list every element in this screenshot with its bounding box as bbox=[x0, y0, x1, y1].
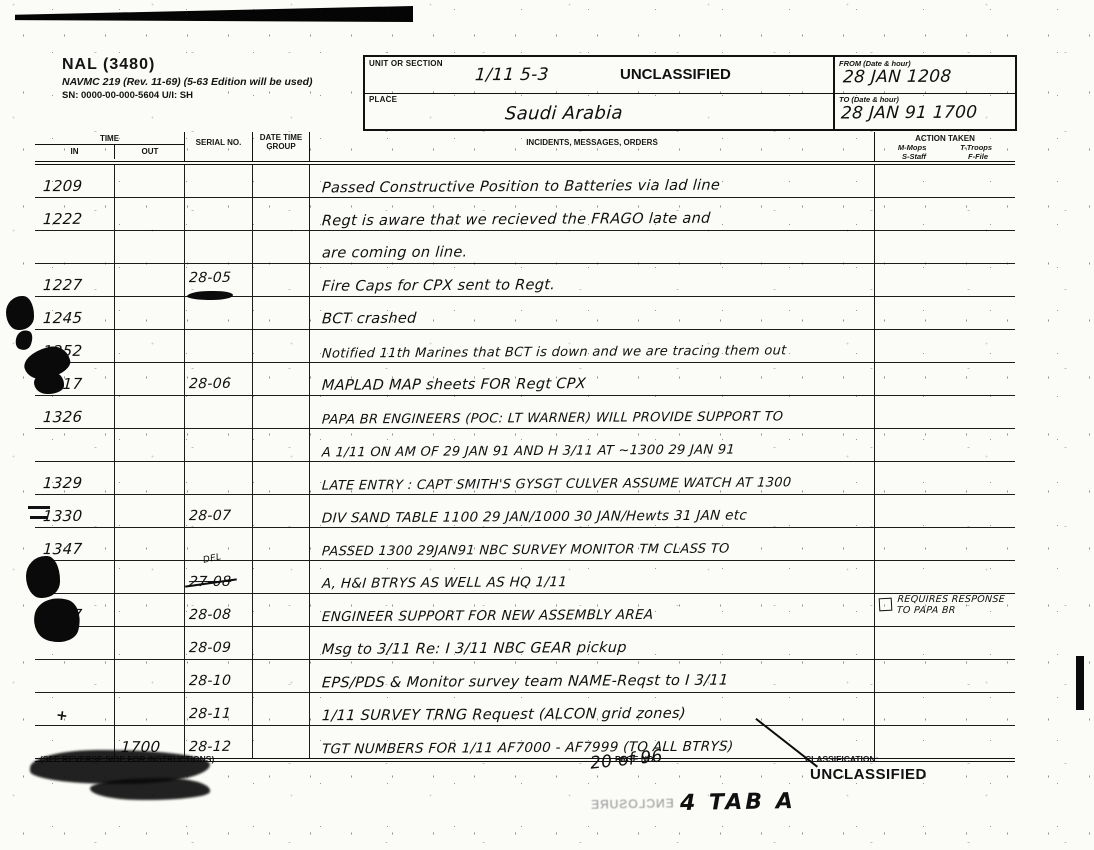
scan-smudge bbox=[90, 778, 210, 800]
action-checkbox[interactable] bbox=[879, 598, 893, 612]
incident-entry: 1/11 SURVEY TRNG Request (ALCON grid zon… bbox=[321, 706, 686, 725]
form-stock-number: SN: 0000-00-000-5604 U/I: SH bbox=[62, 90, 313, 101]
from-value: 28 JAN 1208 bbox=[842, 67, 952, 88]
time-in-entry: 1245 bbox=[42, 309, 83, 327]
incident-entry: are coming on line. bbox=[321, 244, 468, 261]
margin-dash bbox=[30, 516, 48, 519]
incident-entry: Fire Caps for CPX sent to Regt. bbox=[321, 277, 555, 295]
journal-row: 28-11 1/11 SURVEY TRNG Request (ALCON gr… bbox=[35, 693, 1015, 726]
incident-entry: ENGINEER SUPPORT FOR NEW ASSEMBLY AREA bbox=[321, 607, 654, 625]
journal-row: 28-10 EPS/PDS & Monitor survey team NAME… bbox=[35, 660, 1015, 693]
classification-stamp: UNCLASSIFIED bbox=[620, 66, 731, 83]
incident-entry: TGT NUMBERS FOR 1/11 AF7000 - AF7999 (TO… bbox=[321, 739, 734, 758]
col-header-serial: SERIAL NO. bbox=[185, 132, 253, 161]
header-box: UNIT OR SECTION 1/11 5-3 UNCLASSIFIED PL… bbox=[363, 55, 1017, 131]
action-key-file: F-File bbox=[968, 152, 988, 161]
journal-row: 1227 28-05 Fire Caps for CPX sent to Reg… bbox=[35, 264, 1015, 297]
place-value: Saudi Arabia bbox=[504, 103, 623, 125]
action-key-mops: M-Mops bbox=[898, 143, 926, 152]
col-header-time: TIME IN OUT bbox=[35, 132, 185, 161]
scan-edge-mark bbox=[1076, 656, 1084, 710]
journal-row: A 1/11 ON AM OF 29 JAN 91 AND H 3/11 AT … bbox=[35, 429, 1015, 462]
scan-edge-bar bbox=[15, 6, 413, 22]
journal-row: 28-09 Msg to 3/11 Re: I 3/11 NBC GEAR pi… bbox=[35, 627, 1015, 660]
action-taken-label: ACTION TAKEN bbox=[875, 132, 1015, 143]
incident-entry: Passed Constructive Position to Batterie… bbox=[321, 178, 720, 197]
journal-row: 1326 PAPA BR ENGINEERS (POC: LT WARNER) … bbox=[35, 396, 1015, 429]
incident-entry: DIV SAND TABLE 1100 29 JAN/1000 30 JAN/H… bbox=[321, 508, 747, 527]
col-header-action: ACTION TAKEN M-Mops T-Troops S-Staff F-F… bbox=[875, 132, 1015, 161]
journal-row: 1347 PASSED 1300 29JAN91 NBC SURVEY MONI… bbox=[35, 528, 1015, 561]
action-key-staff: S-Staff bbox=[902, 152, 926, 161]
time-in-entry: 1209 bbox=[42, 177, 83, 195]
form-id-block: NAL (3480) NAVMC 219 (Rev. 11-69) (5-63 … bbox=[62, 56, 313, 101]
incident-entry: Regt is aware that we recieved the FRAGO… bbox=[321, 211, 711, 230]
unit-section-label: UNIT OR SECTION bbox=[369, 59, 443, 68]
journal-row: 1209 Passed Constructive Position to Bat… bbox=[35, 165, 1015, 198]
journal-row: are coming on line. bbox=[35, 231, 1015, 264]
action-note: REQUIRES RESPONSE TO PAPA BR bbox=[896, 595, 1010, 617]
journal-row: 27-08 DEL A, H&I BTRYS AS WELL AS HQ 1/1… bbox=[35, 561, 1015, 594]
incident-entry: EPS/PDS & Monitor survey team NAME-Reqst… bbox=[321, 673, 729, 692]
journal-table: TIME IN OUT SERIAL NO. DATE TIME GROUP I… bbox=[35, 132, 1015, 762]
margin-mark: + bbox=[55, 707, 69, 725]
form-title: NAL (3480) bbox=[62, 56, 313, 74]
serial-entry: 28-09 bbox=[188, 640, 231, 656]
classification-value: UNCLASSIFIED bbox=[810, 766, 927, 783]
serial-entry: 28-11 bbox=[188, 706, 231, 722]
incident-entry: BCT crashed bbox=[321, 311, 417, 328]
serial-entry: 28-10 bbox=[188, 673, 231, 689]
action-key-troops: T-Troops bbox=[960, 143, 992, 152]
ink-blot bbox=[34, 372, 64, 394]
to-value: 28 JAN 91 1700 bbox=[840, 103, 978, 124]
serial-entry: 28-08 bbox=[188, 607, 231, 623]
journal-row: 1245 BCT crashed bbox=[35, 297, 1015, 330]
unit-section-value: 1/11 5-3 bbox=[474, 65, 549, 86]
serial-entry: 28-12 bbox=[188, 739, 231, 755]
del-annotation: DEL bbox=[202, 552, 222, 566]
tab-annotation: 4 TAB A bbox=[680, 789, 796, 816]
col-header-incidents: INCIDENTS, MESSAGES, ORDERS bbox=[310, 132, 875, 161]
journal-row: 1252 Notified 11th Marines that BCT is d… bbox=[35, 330, 1015, 363]
journal-row: 1330 28-07 DIV SAND TABLE 1100 29 JAN/10… bbox=[35, 495, 1015, 528]
time-in-entry: 1326 bbox=[42, 408, 83, 426]
incident-entry: PAPA BR ENGINEERS (POC: LT WARNER) WILL … bbox=[321, 409, 783, 427]
ink-blot bbox=[6, 296, 34, 330]
from-cell: FROM (Date & hour) 28 JAN 1208 bbox=[835, 57, 1017, 94]
enclosure-bleedthrough: ENCLOSURE bbox=[590, 796, 674, 811]
margin-dash bbox=[28, 506, 50, 509]
journal-row: 1329 LATE ENTRY : CAPT SMITH'S GYSGT CUL… bbox=[35, 462, 1015, 495]
ink-blot bbox=[13, 328, 35, 352]
incident-entry: PASSED 1300 29JAN91 NBC SURVEY MONITOR T… bbox=[321, 542, 730, 560]
incident-entry: A, H&I BTRYS AS WELL AS HQ 1/11 bbox=[321, 574, 567, 592]
col-header-dtg: DATE TIME GROUP bbox=[253, 132, 310, 161]
classification-label: CLASSIFICATION: bbox=[805, 754, 879, 764]
journal-row: 1317 28-06 MAPLAD MAP sheets FOR Regt CP… bbox=[35, 363, 1015, 396]
to-cell: TO (Date & hour) 28 JAN 91 1700 bbox=[835, 93, 1017, 129]
time-in-entry: 1222 bbox=[42, 210, 83, 228]
time-header-label: TIME bbox=[35, 132, 184, 145]
time-out-header-label: OUT bbox=[115, 145, 185, 159]
incident-entry: A 1/11 ON AM OF 29 JAN 91 AND H 3/11 AT … bbox=[321, 443, 735, 461]
serial-entry: 28-07 bbox=[188, 508, 231, 524]
incident-entry: Notified 11th Marines that BCT is down a… bbox=[321, 343, 787, 361]
place-label: PLACE bbox=[369, 95, 397, 104]
date-hour-block: FROM (Date & hour) 28 JAN 1208 TO (Date … bbox=[833, 57, 1017, 129]
journal-table-header: TIME IN OUT SERIAL NO. DATE TIME GROUP I… bbox=[35, 132, 1015, 165]
journal-row: 1357 28-08 ENGINEER SUPPORT FOR NEW ASSE… bbox=[35, 594, 1015, 627]
ink-blot bbox=[26, 556, 60, 598]
time-in-entry: 1330 bbox=[42, 507, 83, 525]
journal-row: 1222 Regt is aware that we recieved the … bbox=[35, 198, 1015, 231]
incident-entry: LATE ENTRY : CAPT SMITH'S GYSGT CULVER A… bbox=[321, 475, 791, 493]
incident-entry: Msg to 3/11 Re: I 3/11 NBC GEAR pickup bbox=[321, 640, 627, 658]
incident-entry: MAPLAD MAP sheets FOR Regt CPX bbox=[321, 376, 586, 394]
time-in-entry: 1227 bbox=[42, 276, 83, 294]
time-in-header-label: IN bbox=[35, 145, 115, 159]
serial-entry: 28-05 bbox=[188, 270, 231, 286]
form-edition: NAVMC 219 (Rev. 11-69) (5-63 Edition wil… bbox=[62, 76, 313, 88]
time-in-entry: 1329 bbox=[42, 474, 83, 492]
serial-entry: 28-06 bbox=[188, 376, 231, 392]
